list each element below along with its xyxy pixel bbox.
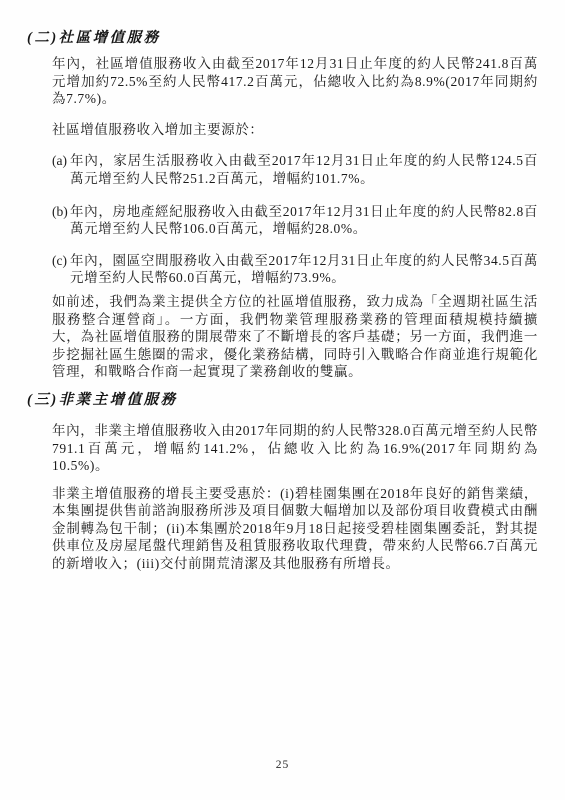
list-marker: (c) xyxy=(52,252,70,287)
revenue-growth-paragraph: 年內，社區增值服務收入由截至2017年12月31日止年度的約人民幣241.8百萬… xyxy=(52,55,538,108)
section-community-value-added-services: (二)社區增值服務 年內，社區增值服務收入由截至2017年12月31日止年度的約… xyxy=(27,28,538,381)
list-item: (a) 年內，家居生活服務收入由截至2017年12月31日止年度的約人民幣124… xyxy=(52,152,538,187)
document-page: (二)社區增值服務 年內，社區增值服務收入由截至2017年12月31日止年度的約… xyxy=(0,0,565,800)
list-marker: (a) xyxy=(52,152,70,187)
list-item: (b) 年內，房地產經紀服務收入由截至2017年12月31日止年度的約人民幣82… xyxy=(52,203,538,238)
list-item-text: 年內，家居生活服務收入由截至2017年12月31日止年度的約人民幣124.5百萬… xyxy=(70,152,538,187)
section-heading: (二)社區增值服務 xyxy=(27,28,538,48)
page-number: 25 xyxy=(0,759,565,771)
strategy-summary-paragraph: 如前述，我們為業主提供全方位的社區增值服務，致力成為「全週期社區生活服務整合運營… xyxy=(52,293,538,381)
list-item-text: 年內，房地產經紀服務收入由截至2017年12月31日止年度的約人民幣82.8百萬… xyxy=(70,203,538,238)
section-heading: (三)非業主增值服務 xyxy=(27,390,538,410)
growth-drivers-paragraph: 非業主增值服務的增長主要受惠於：(i)碧桂園集團在2018年良好的銷售業績，本集… xyxy=(52,485,538,573)
section-non-owner-value-added-services: (三)非業主增值服務 年內，非業主增值服務收入由2017年同期的約人民幣328.… xyxy=(27,390,538,573)
revenue-growth-paragraph: 年內，非業主增值服務收入由2017年同期的約人民幣328.0百萬元增至約人民幣7… xyxy=(52,422,538,475)
list-marker: (b) xyxy=(52,203,70,238)
page-content: (二)社區增值服務 年內，社區增值服務收入由截至2017年12月31日止年度的約… xyxy=(27,28,538,573)
list-item: (c) 年內，園區空間服務收入由截至2017年12月31日止年度的約人民幣34.… xyxy=(52,252,538,287)
list-item-text: 年內，園區空間服務收入由截至2017年12月31日止年度的約人民幣34.5百萬元… xyxy=(70,252,538,287)
growth-sources-lead-paragraph: 社區增值服務收入增加主要源於： xyxy=(52,121,538,139)
